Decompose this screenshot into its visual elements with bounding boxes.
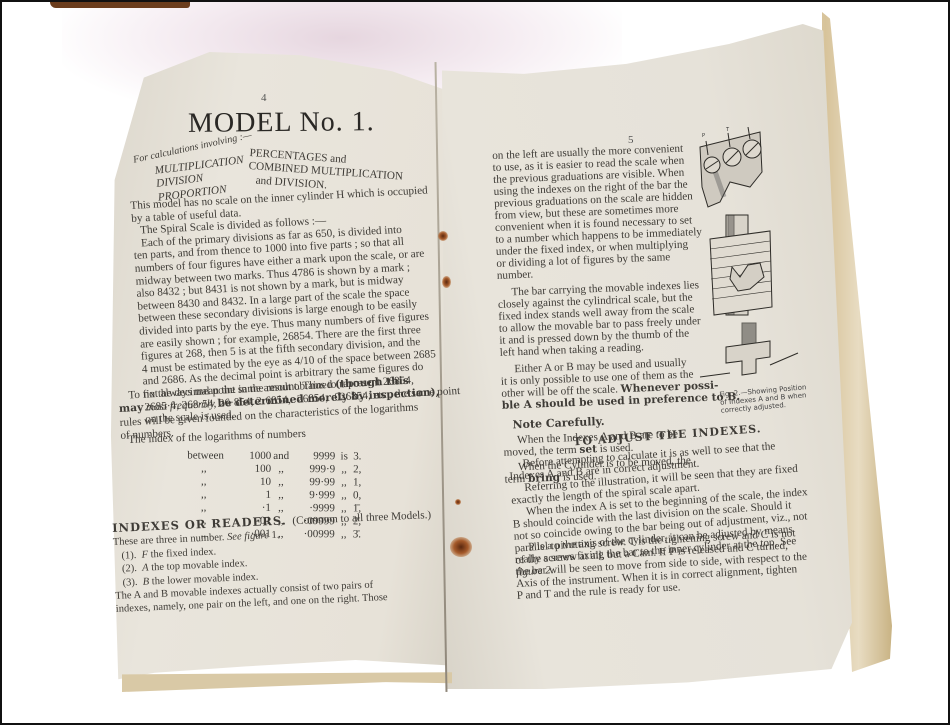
log-row-index: 3. [353, 450, 373, 462]
figure-reference: See figure [227, 531, 269, 544]
log-row-low: 1000 [231, 450, 271, 462]
log-row-high: 9999 [291, 450, 335, 462]
log-row-index: 2, [353, 463, 373, 475]
log-row-low: ·1 [231, 502, 271, 514]
log-row-is: ,, [335, 489, 353, 501]
log-row-index: 1, [353, 476, 373, 488]
log-row-prefix: ,, [187, 463, 231, 475]
indexes-section: INDEXES OR READERS. (Common to all three… [112, 508, 435, 617]
list-number: (1). [121, 550, 136, 562]
log-row-low: 100 [231, 463, 271, 475]
list-number: (2). [122, 563, 137, 575]
log-row-sep: ,, [271, 463, 291, 475]
log-row-sep: and [271, 450, 291, 462]
log-row-sep: ,, [271, 489, 291, 501]
rust-stain [450, 537, 472, 557]
log-row-sep: ,, [271, 502, 291, 514]
indexes-diagram-icon: P T C [690, 127, 810, 397]
page-title: MODEL No. 1. [188, 106, 375, 140]
wooden-object-edge [50, 2, 190, 8]
log-row-prefix: ,, [187, 489, 231, 501]
log-row-high: 9·999 [291, 489, 335, 501]
log-row-prefix: ,, [187, 476, 231, 488]
bold-text: may [119, 402, 144, 415]
log-row-prefix: between [187, 450, 231, 462]
log-row-is: is [335, 450, 353, 462]
log-row-low: 10 [231, 476, 271, 488]
log-row-high: 999·9 [291, 463, 335, 475]
log-row-sep: ,, [271, 476, 291, 488]
log-row-is: ,, [335, 463, 353, 475]
figure-2-illustration: P T C [690, 127, 810, 397]
worn-bottom-edge [122, 670, 452, 692]
rust-stain [455, 499, 461, 505]
log-row-prefix: ,, [187, 502, 231, 514]
svg-text:T: T [725, 127, 730, 133]
svg-text:P: P [702, 133, 705, 139]
log-row-low: 1 [231, 489, 271, 501]
list-number: (3). [122, 577, 137, 589]
page-number-left: 4 [261, 92, 267, 104]
log-row-is: ,, [335, 476, 353, 488]
log-row-index: 0, [353, 489, 373, 501]
text-span: 1. [269, 530, 280, 541]
log-row-high: 99·99 [291, 476, 335, 488]
